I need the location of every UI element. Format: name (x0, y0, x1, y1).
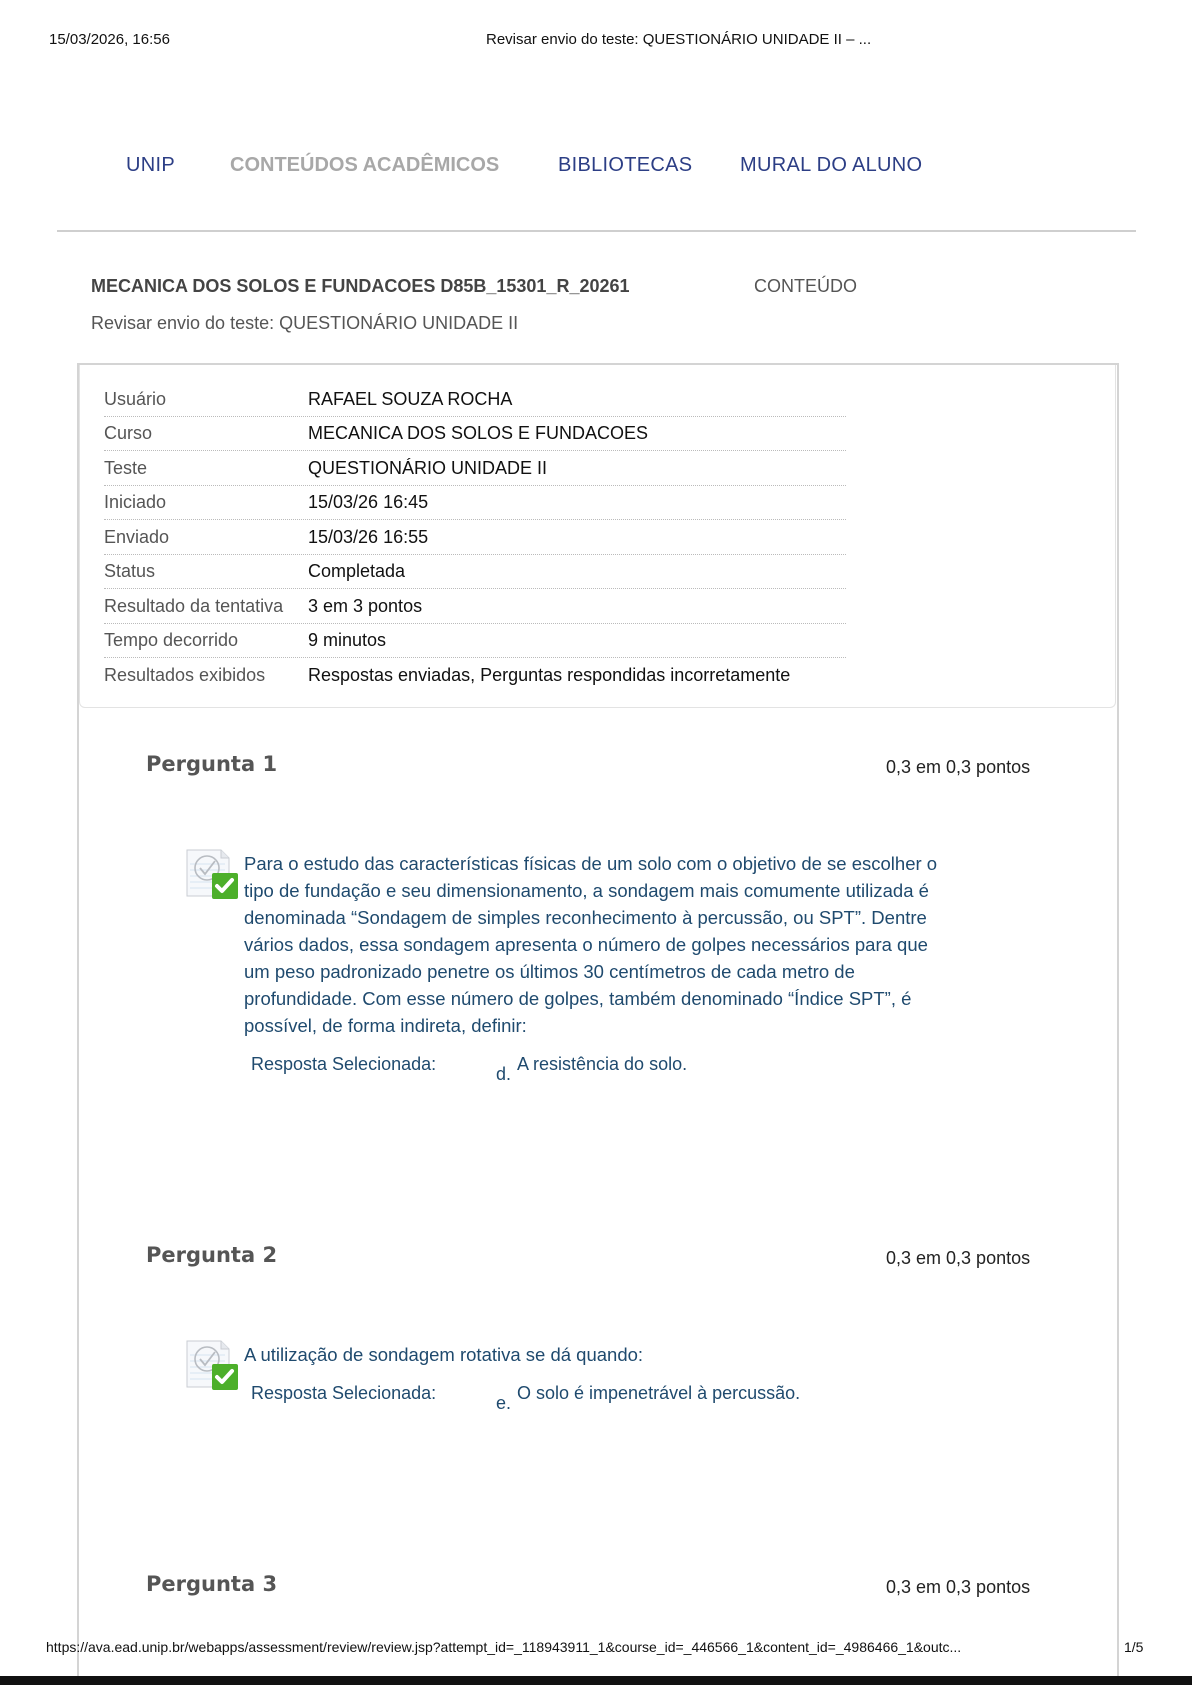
selected-answer-letter: e. (496, 1393, 511, 1414)
info-label: Tempo decorrido (104, 630, 238, 651)
question-points: 0,3 em 0,3 pontos (886, 1577, 1030, 1598)
info-row: Iniciado15/03/26 16:45 (104, 485, 846, 520)
question-title: Pergunta 2 (146, 1243, 277, 1267)
info-value: 15/03/26 16:55 (308, 527, 428, 548)
page-bottom-edge (0, 1676, 1192, 1685)
info-value: QUESTIONÁRIO UNIDADE II (308, 458, 547, 479)
question-title: Pergunta 1 (146, 752, 277, 776)
selected-answer-letter: d. (496, 1064, 511, 1085)
question-text-line: Para o estudo das características física… (244, 850, 1024, 877)
info-label: Resultado da tentativa (104, 596, 283, 617)
attempt-info-panel: UsuárioRAFAEL SOUZA ROCHACursoMECANICA D… (79, 365, 1116, 708)
content-link[interactable]: CONTEÚDO (754, 276, 857, 297)
question-text: A utilização de sondagem rotativa se dá … (244, 1341, 1024, 1368)
question-text: Para o estudo das características física… (244, 850, 1024, 1039)
info-row: Tempo decorrido9 minutos (104, 623, 846, 658)
print-date: 15/03/2026, 16:56 (49, 31, 170, 48)
question-text-line: A utilização de sondagem rotativa se dá … (244, 1341, 1024, 1368)
correct-answer-icon (185, 1337, 239, 1391)
info-label: Status (104, 561, 155, 582)
info-label: Usuário (104, 389, 166, 410)
print-url: https://ava.ead.unip.br/webapps/assessme… (46, 1639, 961, 1655)
course-title[interactable]: MECANICA DOS SOLOS E FUNDACOES D85B_1530… (91, 276, 630, 297)
info-row: TesteQUESTIONÁRIO UNIDADE II (104, 451, 846, 486)
info-row: Enviado15/03/26 16:55 (104, 520, 846, 555)
info-value: Respostas enviadas, Perguntas respondida… (308, 665, 790, 686)
print-page-number: 1/5 (1124, 1639, 1143, 1655)
info-row: Resultado da tentativa3 em 3 pontos (104, 589, 846, 624)
info-value: 3 em 3 pontos (308, 596, 422, 617)
info-row: UsuárioRAFAEL SOUZA ROCHA (104, 382, 846, 417)
selected-answer-label: Resposta Selecionada: (251, 1383, 436, 1404)
question-text-line: possível, de forma indireta, definir: (244, 1012, 1024, 1039)
question-text-line: profundidade. Com esse número de golpes,… (244, 985, 1024, 1012)
correct-answer-icon (185, 846, 239, 900)
info-value: 9 minutos (308, 630, 386, 651)
selected-answer-text: O solo é impenetrável à percussão. (517, 1383, 800, 1404)
nav-item-unip[interactable]: UNIP (126, 154, 175, 177)
selected-answer-label: Resposta Selecionada: (251, 1054, 436, 1075)
info-value: 15/03/26 16:45 (308, 492, 428, 513)
info-label: Teste (104, 458, 147, 479)
info-row: CursoMECANICA DOS SOLOS E FUNDACOES (104, 416, 846, 451)
question-points: 0,3 em 0,3 pontos (886, 757, 1030, 778)
nav-item-mural-do-aluno[interactable]: MURAL DO ALUNO (740, 154, 922, 177)
info-label: Resultados exibidos (104, 665, 265, 686)
info-value: RAFAEL SOUZA ROCHA (308, 389, 512, 410)
print-page-title: Revisar envio do teste: QUESTIONÁRIO UNI… (486, 31, 871, 48)
nav-item-bibliotecas[interactable]: BIBLIOTECAS (558, 154, 692, 177)
info-label: Enviado (104, 527, 169, 548)
question-points: 0,3 em 0,3 pontos (886, 1248, 1030, 1269)
info-row: Resultados exibidosRespostas enviadas, P… (104, 658, 846, 692)
question-title: Pergunta 3 (146, 1572, 277, 1596)
selected-answer-text: A resistência do solo. (517, 1054, 687, 1075)
question-text-line: vários dados, essa sondagem apresenta o … (244, 931, 1024, 958)
info-row: StatusCompletada (104, 554, 846, 589)
breadcrumb: Revisar envio do teste: QUESTIONÁRIO UNI… (91, 313, 518, 334)
info-label: Iniciado (104, 492, 166, 513)
question-text-line: tipo de fundação e seu dimensionamento, … (244, 877, 1024, 904)
info-value: MECANICA DOS SOLOS E FUNDACOES (308, 423, 648, 444)
info-label: Curso (104, 423, 152, 444)
top-nav: UNIP CONTEÚDOS ACADÊMICOS BIBLIOTECAS MU… (0, 154, 1192, 184)
question-text-line: denominada “Sondagem de simples reconhec… (244, 904, 1024, 931)
question-text-line: um peso padronizado penetre os últimos 3… (244, 958, 1024, 985)
nav-item-conteudos-academicos[interactable]: CONTEÚDOS ACADÊMICOS (230, 154, 499, 177)
info-value: Completada (308, 561, 405, 582)
nav-divider (57, 230, 1136, 232)
